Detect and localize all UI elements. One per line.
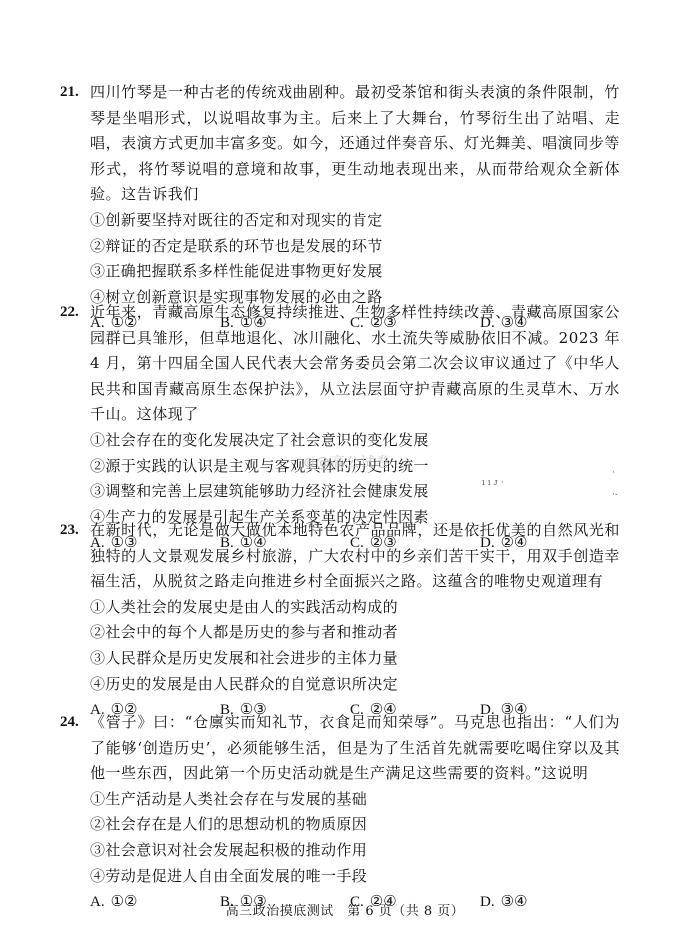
statement-4: ④历史的发展是由人民群众的自觉意识所决定 <box>90 672 620 698</box>
statement-4: ④劳动是促进人自由全面发展的唯一手段 <box>90 864 620 890</box>
statement-3: ③社会意识对社会发展起积极的推动作用 <box>90 838 620 864</box>
statement-1: ①社会存在的变化发展决定了社会意识的变化发展 <box>90 428 620 454</box>
question-number: 22. <box>60 300 79 326</box>
question-stem: 近年来，青藏高原生态修复持续推进、生物多样性持续改善、青藏高原国家公园群已具雏形… <box>90 300 620 428</box>
statement-1: ①人类社会的发展史是由人的实践活动构成的 <box>90 595 620 621</box>
exam-page: 21. 四川竹琴是一种古老的传统戏曲剧种。最初受茶馆和街头表演的条件限制，竹琴是… <box>0 0 690 935</box>
scan-artifact: · <box>612 468 615 478</box>
statement-3: ③人民群众是历史发展和社会进步的主体力量 <box>90 646 620 672</box>
question-number: 21. <box>60 80 79 106</box>
question-stem: 在新时代，无论是做大做优本地特色农产品品牌，还是依托优美的自然风光和独特的人文景… <box>90 518 620 595</box>
page-footer: 高三政治摸底测试 第 6 页（共 8 页） <box>0 900 690 919</box>
question-number: 23. <box>60 518 79 544</box>
question-23: 23. 在新时代，无论是做大做优本地特色农产品品牌，还是依托优美的自然风光和独特… <box>60 518 620 723</box>
question-21: 21. 四川竹琴是一种古老的传统戏曲剧种。最初受茶馆和街头表演的条件限制，竹琴是… <box>60 80 620 336</box>
question-stem: 四川竹琴是一种古老的传统戏曲剧种。最初受茶馆和街头表演的条件限制，竹琴是坐唱形式… <box>90 80 620 208</box>
statement-2: ②社会中的每个人都是历史的参与者和推动者 <box>90 620 620 646</box>
watermark: ⊚@高公试卷 <box>303 452 391 472</box>
statement-1: ①创新要坚持对既往的否定和对现实的肯定 <box>90 208 620 234</box>
question-number: 24. <box>60 710 79 736</box>
statement-2: ②社会存在是人们的思想动机的物质原因 <box>90 812 620 838</box>
question-24: 24. 《管子》曰：“仓廪实而知礼节，衣食足而知荣辱”。马克思也指出：“人们为了… <box>60 710 620 915</box>
statement-3: ③正确把握联系多样性能促进事物更好发展 <box>90 259 620 285</box>
statement-1: ①生产活动是人类社会存在与发展的基础 <box>90 787 620 813</box>
statement-3: ③调整和完善上层建筑能够助力经济社会健康发展 <box>90 479 620 505</box>
statement-2: ②辩证的否定是联系的环节也是发展的环节 <box>90 234 620 260</box>
scan-artifact: ·- <box>612 490 618 500</box>
question-stem: 《管子》曰：“仓廪实而知礼节，衣食足而知荣辱”。马克思也指出：“人们为了能够‘创… <box>90 710 620 787</box>
scan-artifact: ı ı ᴊ · <box>482 478 504 488</box>
